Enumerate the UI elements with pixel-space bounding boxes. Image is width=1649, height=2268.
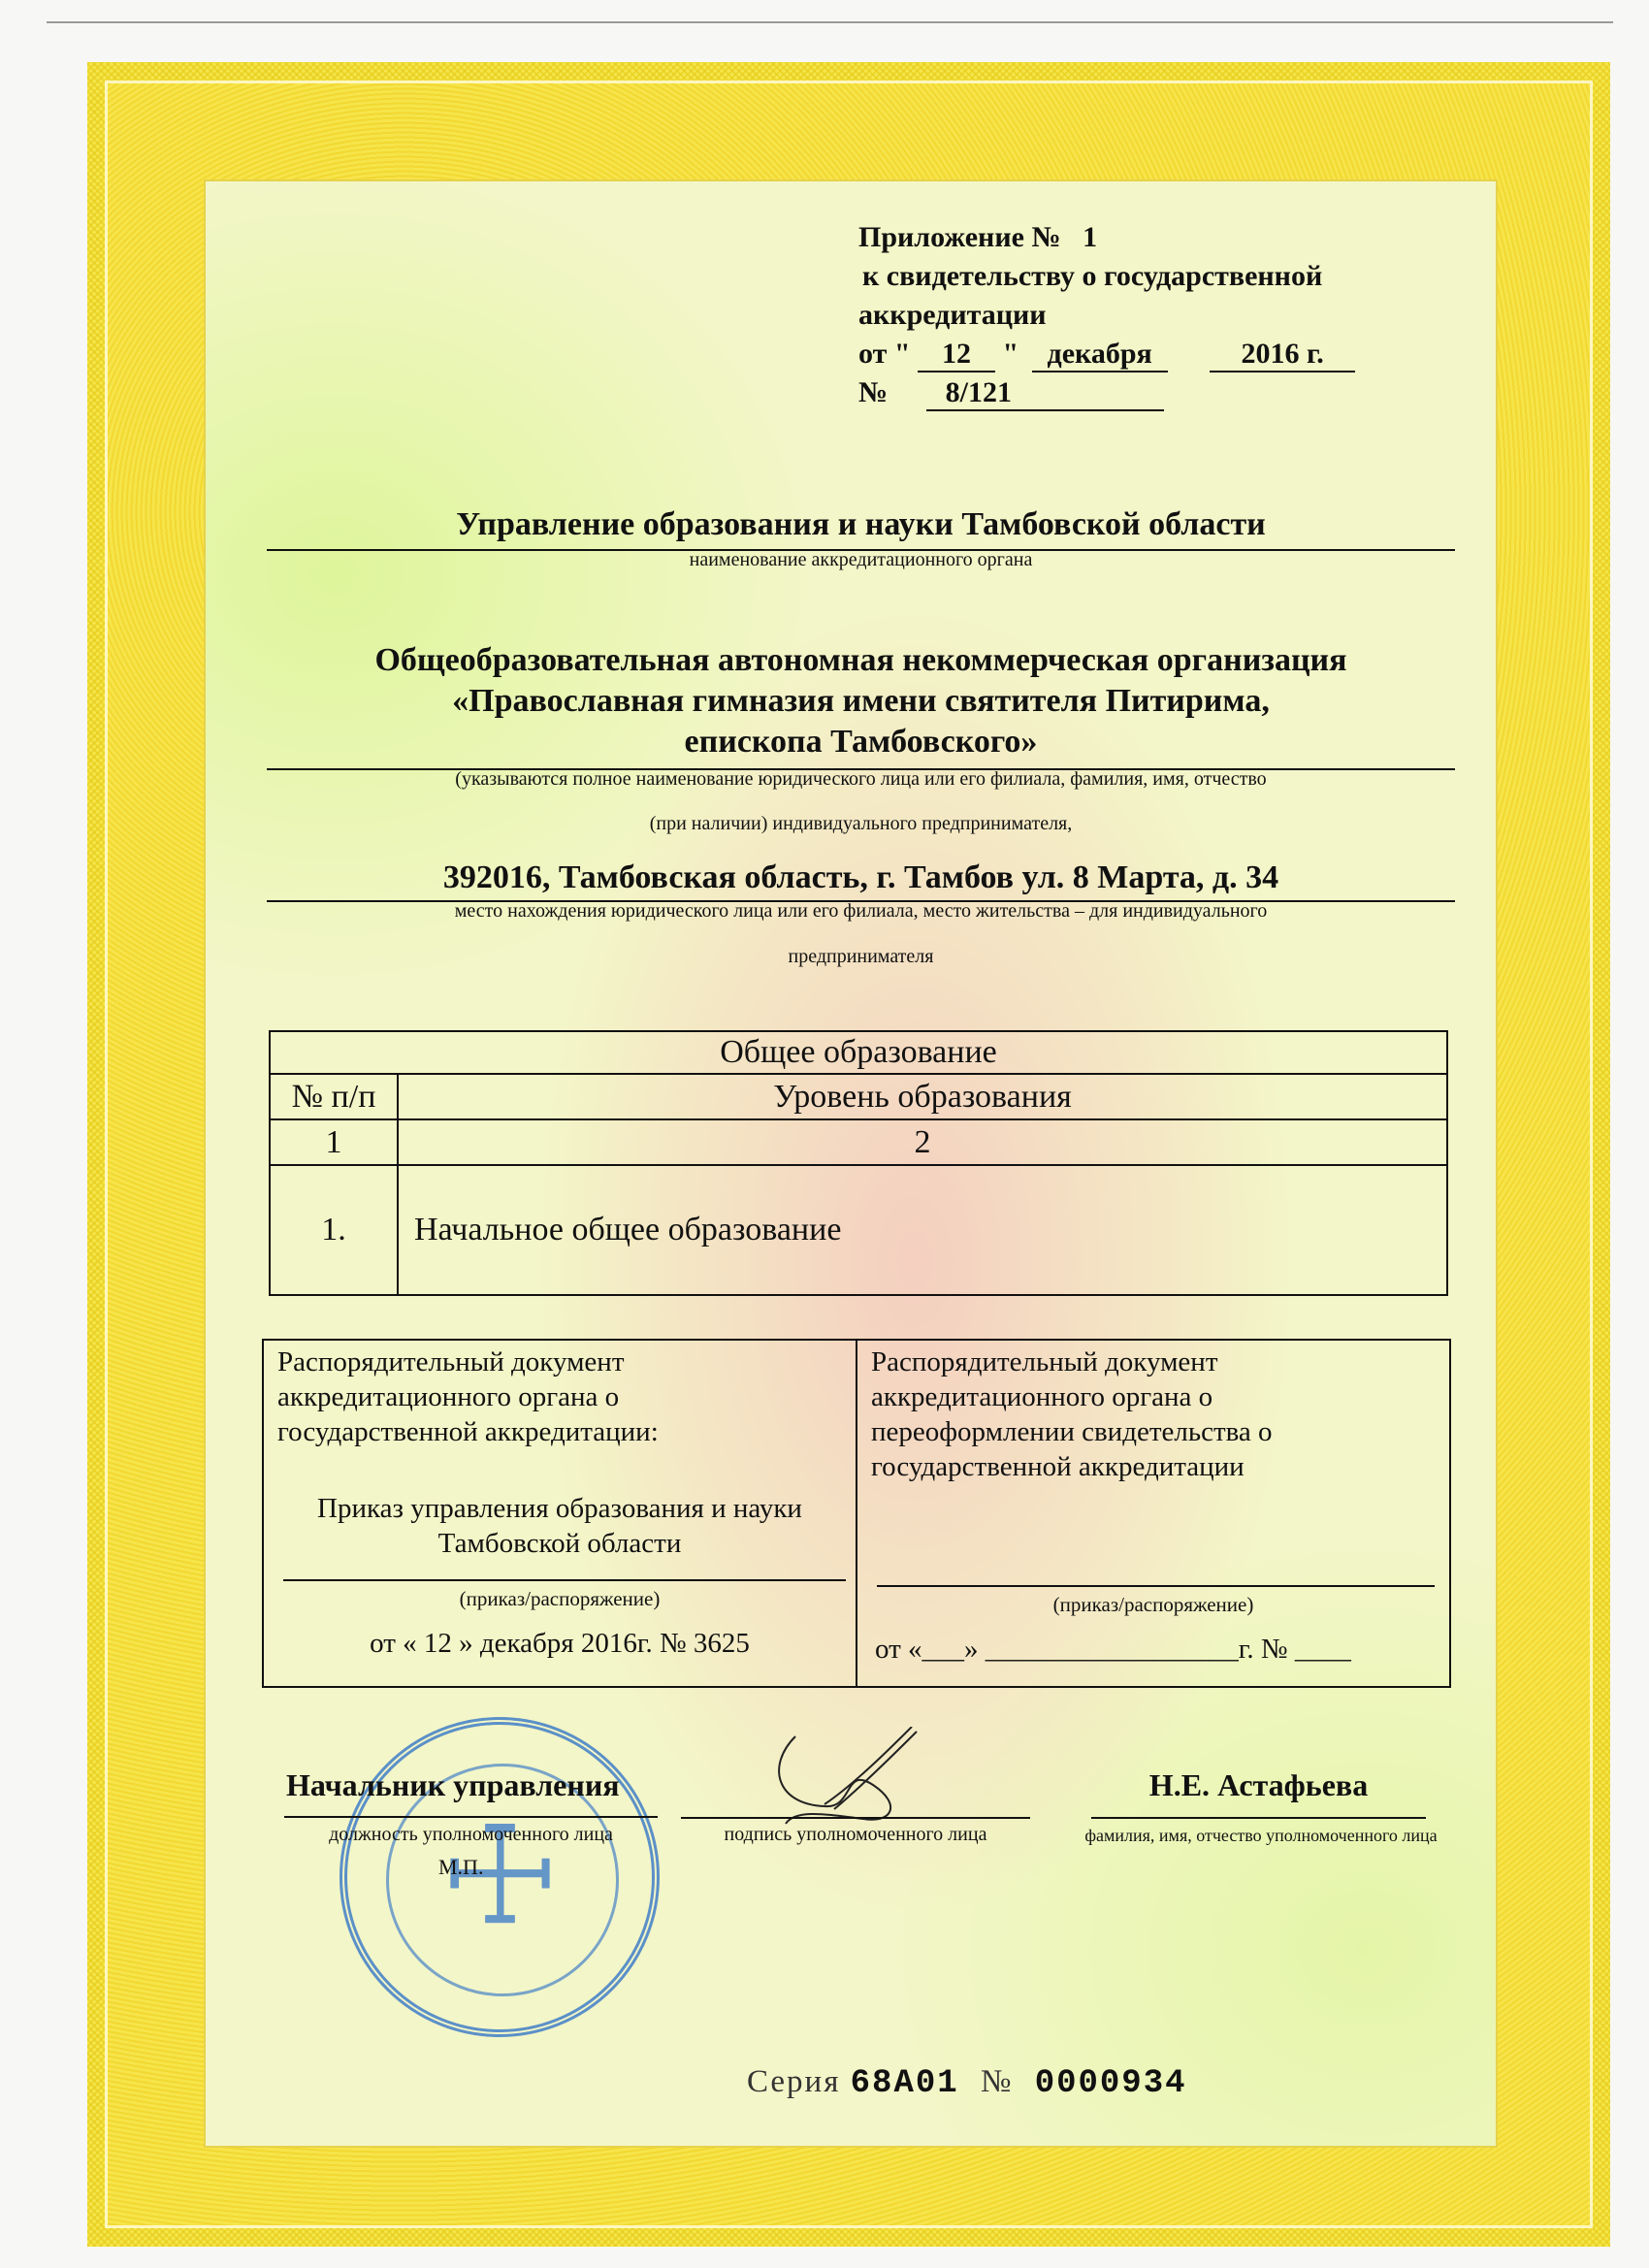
doc-left-heading: Распорядительный документ аккредитационн… — [277, 1345, 659, 1449]
signatory-name: Н.Е. Астафьева — [1091, 1767, 1426, 1803]
name-rule — [1091, 1817, 1426, 1819]
appendix-number: 1 — [1083, 221, 1097, 253]
appendix-title: Приложение № 1 — [858, 218, 1355, 257]
certificate-number: 8/121 — [926, 376, 1164, 411]
appendix-date: от " 12 " декабря 2016 г. — [858, 335, 1355, 373]
appendix-header: Приложение № 1 к свидетельству о государ… — [858, 218, 1355, 412]
header-number: № п/п — [270, 1074, 398, 1119]
stamp-place-label: М.П. — [438, 1855, 483, 1880]
authority-caption: наименование аккредитационного органа — [267, 549, 1455, 571]
doc-left-heading-3: государственной аккредитации: — [277, 1414, 659, 1449]
colnum-2: 2 — [398, 1119, 1447, 1165]
doc-right-heading: Распорядительный документ аккредитационн… — [871, 1345, 1273, 1484]
doc-left-order: Приказ управления образования и науки Та… — [264, 1491, 856, 1561]
table-title-row: Общее образование — [270, 1031, 1447, 1074]
appendix-number-row: № 8/121 — [858, 373, 1355, 412]
table-row: 1. Начальное общее образование — [270, 1165, 1447, 1295]
table-title: Общее образование — [270, 1031, 1447, 1074]
documents-table: Распорядительный документ аккредитационн… — [262, 1339, 1451, 1688]
organization-line2: «Православная гимназия имени святителя П… — [267, 681, 1455, 722]
address-caption2: предпринимателя — [267, 946, 1455, 968]
organization-caption1: (указываются полное наименование юридиче… — [267, 768, 1455, 791]
signature-rule — [681, 1817, 1030, 1819]
address-caption1: место нахождения юридического лица или е… — [267, 900, 1455, 923]
table-header-row: № п/п Уровень образования — [270, 1074, 1447, 1119]
authority-name: Управление образования и науки Тамбовско… — [267, 506, 1455, 543]
organization-line1: Общеобразовательная автономная некоммерч… — [267, 640, 1455, 681]
organization-name: Общеобразовательная автономная некоммерч… — [267, 640, 1455, 762]
doc-left-order-2: Тамбовской области — [264, 1526, 856, 1561]
signature-caption: подпись уполномоченного лица — [681, 1824, 1030, 1846]
row-level: Начальное общее образование — [398, 1165, 1447, 1295]
scan-edge-line — [47, 21, 1613, 23]
appendix-line2: к свидетельству о государственной — [858, 257, 1355, 296]
name-caption: фамилия, имя, отчество уполномоченного л… — [1057, 1826, 1465, 1846]
doc-left-order-1: Приказ управления образования и науки — [264, 1491, 856, 1526]
appendix-label: Приложение № — [858, 221, 1061, 253]
position-caption: должность уполномоченного лица — [284, 1824, 658, 1846]
colnum-1: 1 — [270, 1119, 398, 1165]
date-year: 2016 г. — [1210, 338, 1355, 373]
doc-left-date: от « 12 » декабря 2016г. № 3625 — [264, 1626, 856, 1661]
appendix-line3: аккредитации — [858, 296, 1355, 335]
document-accreditation: Распорядительный документ аккредитационн… — [264, 1341, 856, 1686]
doc-left-heading-1: Распорядительный документ — [277, 1345, 659, 1379]
serial-label: Серия — [747, 2064, 840, 2099]
form-serial: Серия 68А01 № 0000934 — [747, 2064, 1187, 2102]
row-number: 1. — [270, 1165, 398, 1295]
date-month: декабря — [1032, 338, 1168, 373]
organization-line3: епископа Тамбовского» — [267, 722, 1455, 762]
education-table: Общее образование № п/п Уровень образова… — [269, 1030, 1448, 1296]
doc-right-heading-2: аккредитационного органа о — [871, 1379, 1273, 1414]
number-label: № — [858, 376, 888, 408]
doc-right-heading-1: Распорядительный документ — [871, 1345, 1273, 1379]
official-stamp: ☩ — [339, 1717, 660, 2037]
doc-right-caption: (приказ/распоряжение) — [857, 1587, 1449, 1622]
doc-right-heading-3: переоформлении свидетельства о — [871, 1414, 1273, 1449]
organization-caption2: (при наличии) индивидуального предприним… — [267, 813, 1455, 835]
doc-right-heading-4: государственной аккредитации — [871, 1449, 1273, 1484]
serial-series: 68А01 — [851, 2065, 959, 2102]
position-rule — [284, 1816, 658, 1818]
header-level: Уровень образования — [398, 1074, 1447, 1119]
doc-left-caption: (приказ/распоряжение) — [264, 1581, 856, 1616]
date-quote: " — [1003, 338, 1019, 370]
document-reissue: Распорядительный документ аккредитационн… — [856, 1341, 1449, 1686]
date-day: 12 — [918, 338, 995, 373]
table-colnum-row: 1 2 — [270, 1119, 1447, 1165]
doc-right-date: от «___» __________________г. № ____ — [875, 1632, 1351, 1667]
date-prefix: от " — [858, 338, 911, 370]
serial-number-label: № — [981, 2064, 1014, 2099]
signatory-position: Начальник управления — [286, 1767, 620, 1803]
address-value: 392016, Тамбовская область, г. Тамбов ул… — [267, 859, 1455, 896]
serial-number: 0000934 — [1035, 2065, 1187, 2102]
doc-left-heading-2: аккредитационного органа о — [277, 1379, 659, 1414]
